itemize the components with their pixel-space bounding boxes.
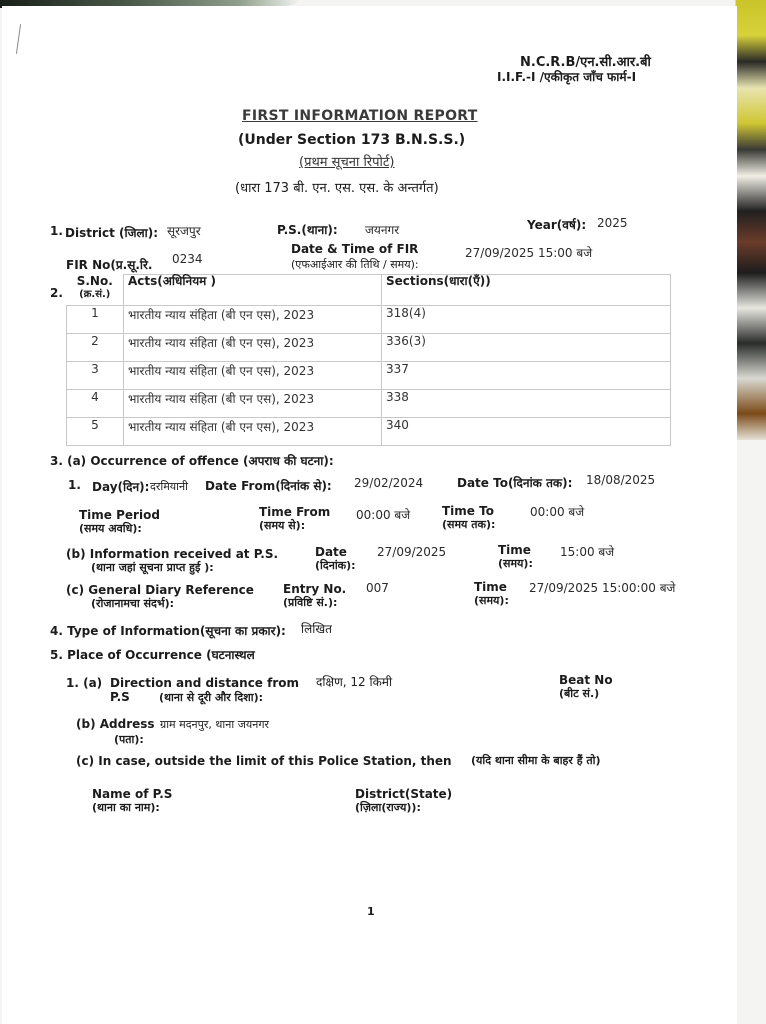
table-header-row: S.No. (क्र.सं.) Acts(अधिनियम ) Sections(…: [67, 275, 671, 306]
date-from-value: 29/02/2024: [354, 476, 423, 490]
entry-no-value: 007: [366, 581, 389, 595]
beat-no-label-hi: (बीट सं.): [559, 687, 613, 700]
info-type-label: 4. Type of Information(सूचना का प्रकार):: [50, 622, 286, 639]
time-from-label-hi: (समय से):: [259, 519, 330, 532]
table-row: 2भारतीय न्याय संहिता (बी एन एस), 2023336…: [67, 334, 671, 362]
time-period-label-en: Time Period: [79, 509, 160, 522]
direction-label: Direction and distance from: [110, 676, 299, 690]
sno-header-label: S.No.: [71, 275, 120, 288]
fir-datetime-label-hi: (एफआईआर की तिथि / समय):: [291, 257, 419, 272]
info-date-label-hi: (दिनांक):: [315, 559, 356, 572]
iif-label: I.I.F.-I /एकीकृत जाँच फार्म-I: [497, 68, 636, 85]
gd-time-label: Time (समय):: [474, 581, 509, 607]
time-to-label-en: Time To: [442, 505, 495, 518]
row-act: भारतीय न्याय संहिता (बी एन एस), 2023: [124, 306, 382, 334]
time-to-label-hi: (समय तक):: [442, 518, 495, 531]
info-time-label-hi: (समय):: [498, 557, 533, 570]
direction-value: दक्षिण, 12 किमी: [316, 673, 392, 690]
beat-no-label: Beat No (बीट सं.): [559, 674, 613, 700]
address-label: (b) Address: [76, 717, 155, 731]
address-value: ग्राम मदनपुर, थाना जयनगर: [160, 717, 269, 732]
row-act: भारतीय न्याय संहिता (बी एन एस), 2023: [124, 390, 382, 418]
time-to-value: 00:00 बजे: [530, 503, 584, 520]
under-section-title: (Under Section 173 B.N.S.S.): [238, 132, 465, 148]
page-number: 1: [367, 905, 375, 918]
sno-header: S.No. (क्र.सं.): [67, 275, 124, 306]
info-type-value: लिखित: [301, 620, 332, 637]
time-to-label: Time To (समय तक):: [442, 505, 495, 531]
time-period-label-hi: (समय अवधि):: [79, 522, 160, 535]
gd-label: (c) General Diary Reference (रोजानामचा स…: [66, 584, 254, 610]
beat-no-label-en: Beat No: [559, 674, 613, 687]
direction-label-hi: (थाना से दूरी और दिशा):: [159, 690, 263, 705]
section-2-number: 2.: [50, 286, 63, 300]
page-pen-mark: [16, 24, 21, 54]
sno-header-label-hi: (क्र.सं.): [71, 288, 120, 301]
row-sno: 4: [67, 390, 124, 418]
district-state-label-en: District(State): [355, 788, 452, 801]
fir-datetime-label: Date & Time of FIR: [291, 242, 418, 256]
entry-no-label: Entry No. (प्रविष्टि सं.):: [283, 583, 346, 609]
district-state-label-hi: (ज़िला(राज्य)):: [355, 801, 452, 814]
gd-label-hi: (रोजानामचा संदर्भ):: [66, 597, 254, 610]
fir-no-value: 0234: [172, 252, 203, 266]
info-time-label: Time (समय):: [498, 544, 533, 570]
table-row: 1भारतीय न्याय संहिता (बी एन एस), 2023318…: [67, 306, 671, 334]
info-date-label: Date (दिनांक):: [315, 546, 356, 572]
acts-sections-table: S.No. (क्र.सं.) Acts(अधिनियम ) Sections(…: [66, 274, 671, 446]
ps-value: जयनगर: [365, 221, 399, 238]
date-to-label: Date To(दिनांक तक):: [457, 474, 572, 491]
ps-name-label-en: Name of P.S: [92, 788, 172, 801]
row-sno: 3: [67, 362, 124, 390]
entry-no-label-en: Entry No.: [283, 583, 346, 596]
row-section: 340: [382, 418, 671, 446]
ps-label: P.S.(थाना):: [277, 221, 338, 238]
row-act: भारतीय न्याय संहिता (बी एन एस), 2023: [124, 334, 382, 362]
info-date-value: 27/09/2025: [377, 545, 446, 559]
year-value: 2025: [597, 216, 628, 230]
row-section: 336(3): [382, 334, 671, 362]
day-value: दरमियानी: [150, 479, 188, 494]
acts-header: Acts(अधिनियम ): [124, 275, 382, 306]
ps-name-label-hi: (थाना का नाम):: [92, 801, 172, 814]
time-from-label: Time From (समय से):: [259, 506, 330, 532]
address-label-hi: (पता):: [114, 732, 144, 747]
info-date-label-en: Date: [315, 546, 356, 559]
fir-datetime-value: 27/09/2025 15:00 बजे: [465, 244, 592, 261]
district-state-label: District(State) (ज़िला(राज्य)):: [355, 788, 452, 814]
fir-document-page: N.C.R.B/एन.सी.आर.बी I.I.F.-I /एकीकृत जाँ…: [2, 6, 737, 1024]
table-row: 4भारतीय न्याय संहिता (बी एन एस), 2023338: [67, 390, 671, 418]
date-from-label: Date From(दिनांक से):: [205, 477, 332, 494]
gd-time-value: 27/09/2025 15:00:00 बजे: [529, 579, 675, 596]
gd-time-label-en: Time: [474, 581, 509, 594]
info-time-label-en: Time: [498, 544, 533, 557]
row-act: भारतीय न्याय संहिता (बी एन एस), 2023: [124, 362, 382, 390]
district-value: सूरजपुर: [167, 222, 201, 239]
photo-background-right: [735, 0, 766, 440]
hindi-title: (प्रथम सूचना रिपोर्ट): [299, 152, 395, 170]
date-to-value: 18/08/2025: [586, 473, 655, 487]
info-time-value: 15:00 बजे: [560, 543, 614, 560]
info-received-label-hi: (थाना जहां सूचना प्राप्त हुई ):: [66, 561, 278, 574]
outside-limit-label: (c) In case, outside the limit of this P…: [76, 754, 452, 768]
hindi-section-title: (धारा 173 बी. एन. एस. एस. के अन्तर्गत): [235, 178, 439, 196]
row-section: 337: [382, 362, 671, 390]
info-received-label-en: (b) Information received at P.S.: [66, 548, 278, 561]
fir-no-label: FIR No(प्र.सू.रि.: [66, 256, 152, 273]
row-sno: 5: [67, 418, 124, 446]
document-title: FIRST INFORMATION REPORT: [242, 108, 478, 124]
table-row: 3भारतीय न्याय संहिता (बी एन एस), 2023337: [67, 362, 671, 390]
year-label: Year(वर्ष):: [527, 216, 586, 233]
gd-time-label-hi: (समय):: [474, 594, 509, 607]
row-section: 338: [382, 390, 671, 418]
entry-no-label-hi: (प्रविष्टि सं.):: [283, 596, 346, 609]
direction-label-ps: P.S: [110, 690, 130, 704]
section-1-number: 1.: [50, 224, 63, 238]
day-number: 1.: [68, 478, 81, 492]
table-row: 5भारतीय न्याय संहिता (बी एन एस), 2023340: [67, 418, 671, 446]
outside-limit-label-hi: (यदि थाना सीमा के बाहर हैं तो): [471, 753, 601, 768]
info-received-label: (b) Information received at P.S. (थाना ज…: [66, 548, 278, 574]
direction-number: 1. (a): [66, 676, 102, 690]
district-label: District (जिला):: [65, 224, 158, 241]
row-sno: 1: [67, 306, 124, 334]
row-section: 318(4): [382, 306, 671, 334]
time-from-label-en: Time From: [259, 506, 330, 519]
ps-name-label: Name of P.S (थाना का नाम):: [92, 788, 172, 814]
gd-label-en: (c) General Diary Reference: [66, 584, 254, 597]
time-period-label: Time Period (समय अवधि):: [79, 509, 160, 535]
time-from-value: 00:00 बजे: [356, 506, 410, 523]
occurrence-heading: 3. (a) Occurrence of offence (अपराध की घ…: [50, 452, 334, 469]
place-heading: 5. Place of Occurrence (घटनास्थल: [50, 646, 255, 663]
row-sno: 2: [67, 334, 124, 362]
sections-header: Sections(धारा(एँ)): [382, 275, 671, 306]
row-act: भारतीय न्याय संहिता (बी एन एस), 2023: [124, 418, 382, 446]
day-label: Day(दिन):: [92, 478, 149, 495]
